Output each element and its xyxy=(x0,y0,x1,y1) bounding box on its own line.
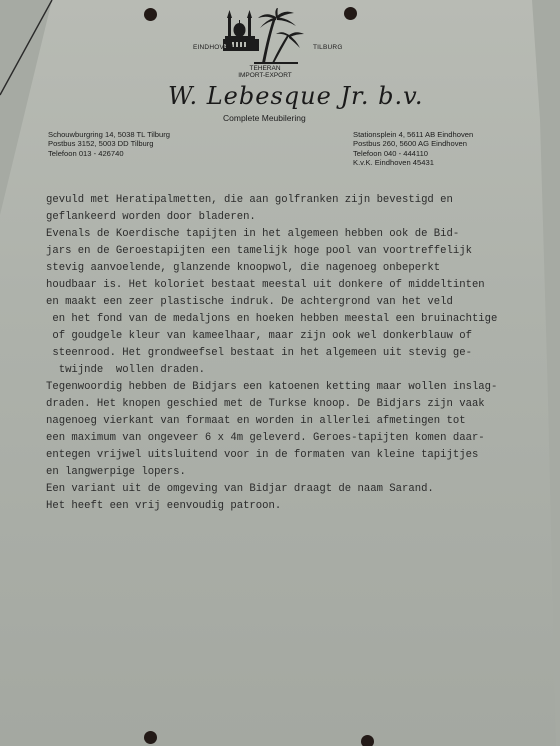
address-line: Schouwburgring 14, 5038 TL Tilburg xyxy=(48,130,170,139)
city-label-right: TILBURG xyxy=(313,44,343,51)
body-line: nagenoeg vierkant van formaat en worden … xyxy=(46,413,516,430)
body-line: Tegenwoordig hebben de Bidjars een katoe… xyxy=(46,379,516,396)
letter-body: gevuld met Heratipalmetten, die aan golf… xyxy=(46,192,516,515)
body-line: jars en de Geroestapijten een tamelijk h… xyxy=(46,243,516,260)
brand-line-2: IMPORT-EXPORT xyxy=(220,72,310,80)
punch-hole-icon xyxy=(144,8,157,21)
body-line: en het fond van de medaljons en hoeken h… xyxy=(46,311,516,328)
punch-hole-icon xyxy=(344,7,357,20)
body-line: houdbaar is. Het koloriet bestaat meesta… xyxy=(46,277,516,294)
chamber-of-commerce-line: K.v.K. Eindhoven 45431 xyxy=(353,158,473,167)
sheet-edge-line xyxy=(0,0,60,100)
body-line: Het heeft een vrij eenvoudig patroon. xyxy=(46,498,516,515)
body-line: steenrood. Het grondweefsel bestaat in h… xyxy=(46,345,516,362)
body-line: Evenals de Koerdische tapijten in het al… xyxy=(46,226,516,243)
company-name: W. Lebesque Jr. b.v. xyxy=(168,82,423,110)
address-tilburg: Schouwburgring 14, 5038 TL Tilburg Postb… xyxy=(48,130,170,158)
city-label-left: EINDHOVEN xyxy=(193,44,233,51)
company-tagline: Complete Meubilering xyxy=(223,113,306,123)
body-line: draden. Het knopen geschied met de Turks… xyxy=(46,396,516,413)
body-line: stevig aanvoelende, glanzende knoopwol, … xyxy=(46,260,516,277)
body-line: een maximum van ongeveer 6 x 4m geleverd… xyxy=(46,430,516,447)
body-line: entegen vrijwel uitsluitend voor in de f… xyxy=(46,447,516,464)
body-line: en maakt een zeer plastische indruk. De … xyxy=(46,294,516,311)
address-line: Stationsplein 4, 5611 AB Eindhoven xyxy=(353,130,473,139)
mosque-and-palm-tree-icon xyxy=(222,8,312,66)
body-line: geflankeerd worden door bladeren. xyxy=(46,209,516,226)
phone-line: Telefoon 013 - 426740 xyxy=(48,149,170,158)
body-line: Een variant uit de omgeving van Bidjar d… xyxy=(46,481,516,498)
body-line: of goudgele kleur van kameelhaar, maar z… xyxy=(46,328,516,345)
body-line: twijnde wollen draden. xyxy=(46,362,516,379)
address-eindhoven: Stationsplein 4, 5611 AB Eindhoven Postb… xyxy=(353,130,473,168)
body-line: gevuld met Heratipalmetten, die aan golf… xyxy=(46,192,516,209)
punch-hole-icon xyxy=(361,735,374,746)
phone-line: Telefoon 040 - 444110 xyxy=(353,149,473,158)
punch-hole-icon xyxy=(144,731,157,744)
address-line: Postbus 260, 5600 AG Eindhoven xyxy=(353,139,473,148)
body-line: en langwerpige lopers. xyxy=(46,464,516,481)
address-line: Postbus 3152, 5003 DD Tilburg xyxy=(48,139,170,148)
